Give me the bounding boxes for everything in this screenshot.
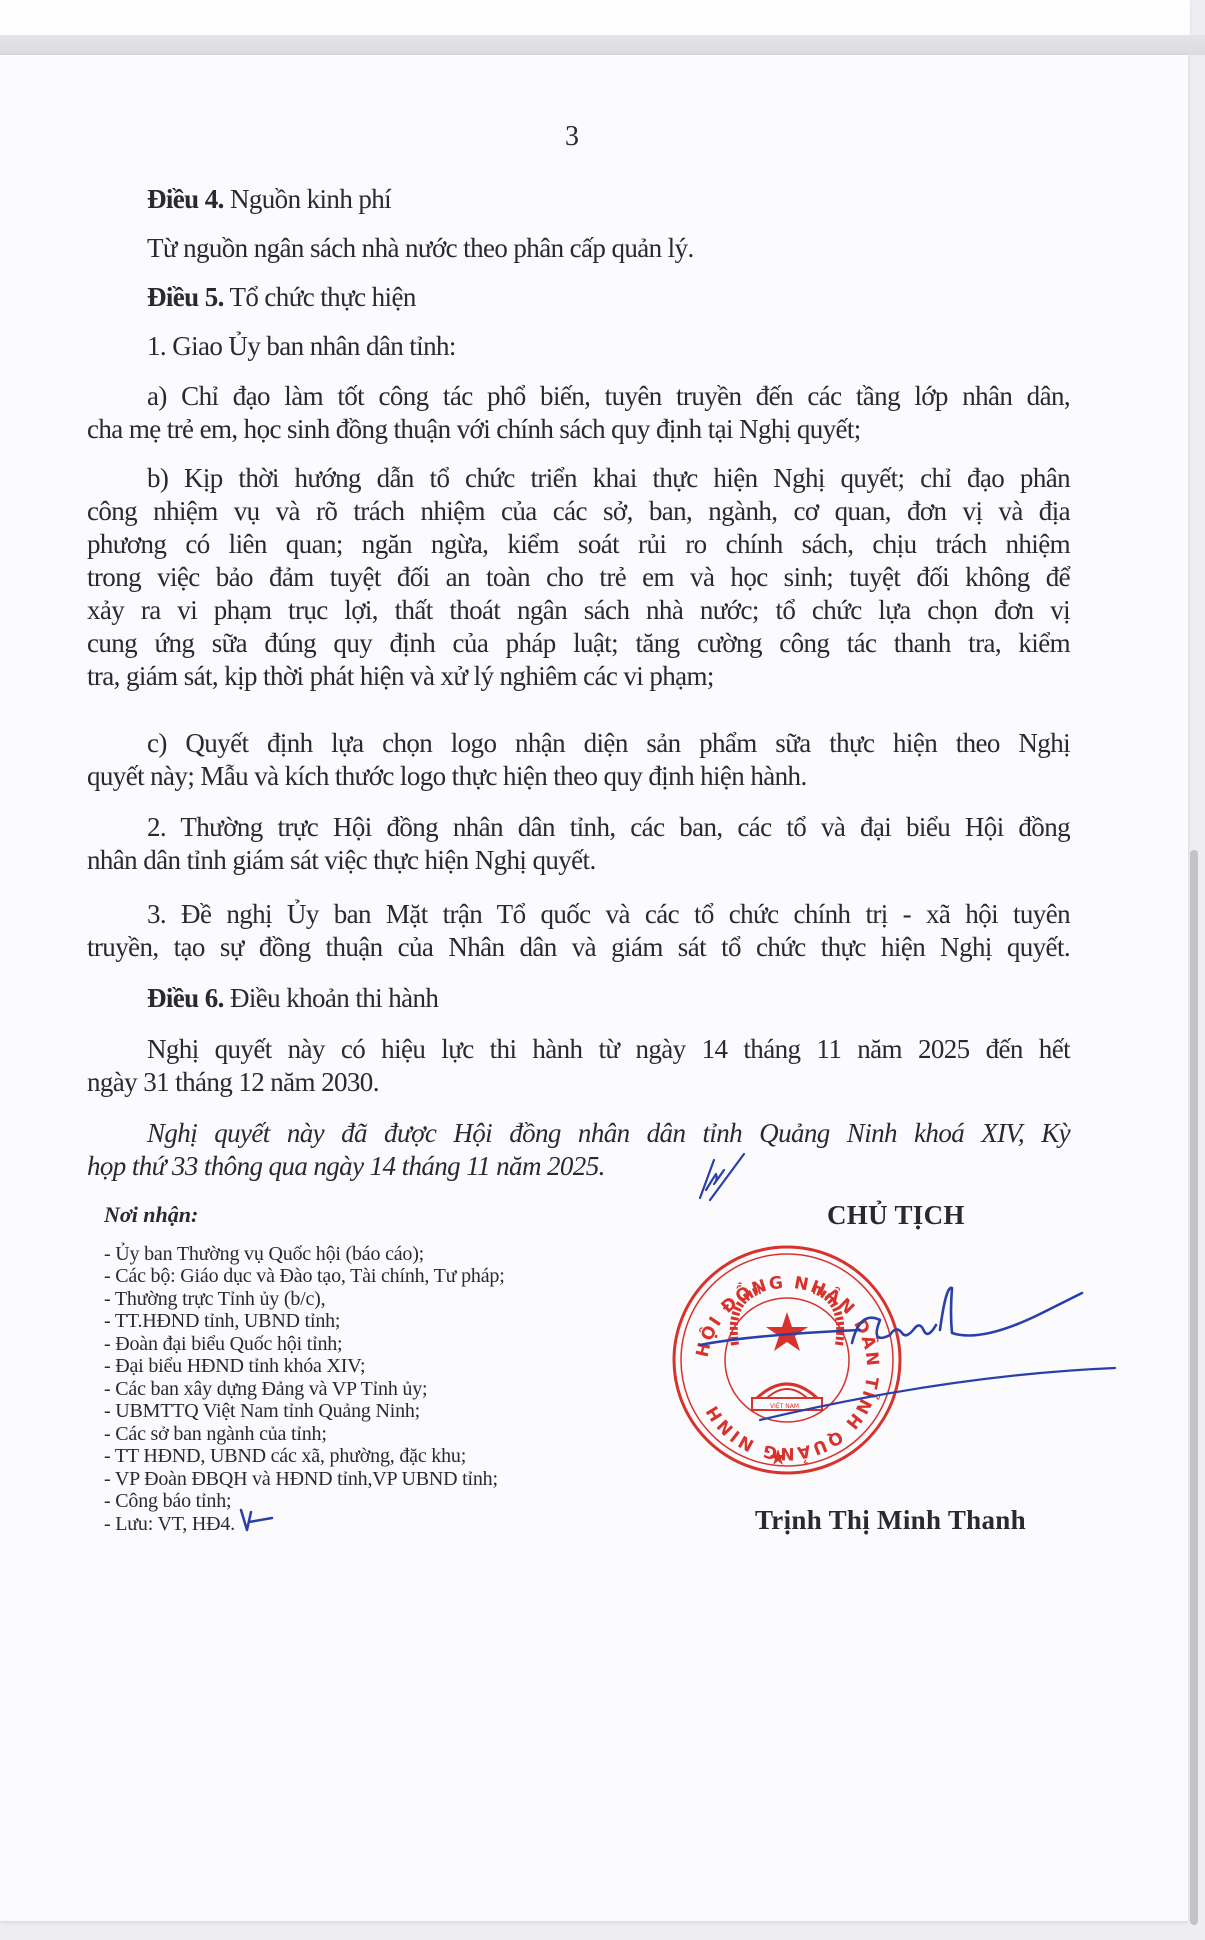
- page-gap: [0, 35, 1205, 55]
- recipient-item: - Các sở ban ngành của tỉnh;: [104, 1423, 327, 1445]
- item-b-line: công nhiệm vụ và rõ trách nhiệm của các …: [87, 495, 1070, 528]
- recipient-item: - TT.HĐND tỉnh, UBND tỉnh;: [104, 1310, 340, 1332]
- article-6-body-line: Nghị quyết này có hiệu lực thi hành từ n…: [147, 1033, 1070, 1066]
- recipient-item: - Lưu: VT, HĐ4.: [104, 1513, 235, 1535]
- item-c-line: quyết này; Mẫu và kích thước logo thực h…: [87, 760, 807, 793]
- item-a-line: cha mẹ trẻ em, học sinh đồng thuận với c…: [87, 413, 861, 446]
- recipient-item: - Các bộ: Giáo dục và Đào tạo, Tài chính…: [104, 1265, 505, 1287]
- article-4-title: Nguồn kinh phí: [230, 184, 391, 214]
- item-c-line: c) Quyết định lựa chọn logo nhận diện sả…: [147, 727, 1070, 760]
- item-b-line: phương có liên quan; ngăn ngừa, kiểm soá…: [87, 528, 1070, 561]
- item-2-line: 2. Thường trực Hội đồng nhân dân tỉnh, c…: [147, 811, 1070, 844]
- recipient-item: - UBMTTQ Việt Nam tỉnh Quảng Ninh;: [104, 1400, 420, 1422]
- item-b-line: cung ứng sữa đúng quy định của pháp luật…: [87, 627, 1070, 660]
- article-6-title: Điều khoản thi hành: [230, 983, 438, 1013]
- adoption-line: họp thứ 33 thông qua ngày 14 tháng 11 nă…: [87, 1150, 605, 1183]
- recipient-item: - Công báo tỉnh;: [104, 1490, 231, 1512]
- item-b-line: xảy ra vi phạm trục lợi, thất thoát ngân…: [87, 594, 1070, 627]
- signer-title: CHỦ TỊCH: [827, 1200, 965, 1231]
- item-3-line: 3. Đề nghị Ủy ban Mặt trận Tổ quốc và cá…: [147, 898, 1070, 931]
- previous-page-edge: [0, 0, 1190, 35]
- recipients-heading: Nơi nhận:: [104, 1202, 198, 1228]
- article-4-heading: Điều 4. Nguồn kinh phí: [147, 183, 391, 216]
- article-6-heading: Điều 6. Điều khoản thi hành: [147, 982, 438, 1015]
- recipient-item: - Ủy ban Thường vụ Quốc hội (báo cáo);: [104, 1243, 424, 1265]
- recipient-item: - Các ban xây dựng Đảng và VP Tỉnh ủy;: [104, 1378, 427, 1400]
- item-a-line: a) Chỉ đạo làm tốt công tác phổ biến, tu…: [147, 380, 1070, 413]
- article-4-label: Điều 4.: [147, 184, 224, 214]
- article-4-body: Từ nguồn ngân sách nhà nước theo phân cấ…: [147, 232, 694, 265]
- item-2-line: nhân dân tỉnh giám sát việc thực hiện Ng…: [87, 844, 596, 877]
- article-5-label: Điều 5.: [147, 282, 224, 312]
- article-6-label: Điều 6.: [147, 983, 224, 1013]
- recipient-item: - Đại biểu HĐND tỉnh khóa XIV;: [104, 1355, 365, 1377]
- adoption-line: Nghị quyết này đã được Hội đồng nhân dân…: [147, 1117, 1070, 1150]
- recipient-item: - Đoàn đại biểu Quốc hội tỉnh;: [104, 1333, 342, 1355]
- item-b-line: tra, giám sát, kịp thời phát hiện và xử …: [87, 660, 714, 693]
- item-3-line: truyền, tạo sự đồng thuận của Nhân dân v…: [87, 931, 1070, 964]
- article-5-heading: Điều 5. Tổ chức thực hiện: [147, 281, 416, 314]
- article-5-item-1: 1. Giao Ủy ban nhân dân tỉnh:: [147, 330, 456, 363]
- item-b-line: b) Kịp thời hướng dẫn tổ chức triển khai…: [147, 462, 1070, 495]
- recipient-item: - VP Đoàn ĐBQH và HĐND tỉnh,VP UBND tỉnh…: [104, 1468, 498, 1490]
- signer-name: Trịnh Thị Minh Thanh: [755, 1505, 1026, 1536]
- recipient-item: - TT HĐND, UBND các xã, phường, đặc khu;: [104, 1445, 466, 1467]
- page-number: 3: [565, 120, 578, 153]
- scrollbar-thumb[interactable]: [1190, 850, 1198, 1925]
- article-5-title: Tổ chức thực hiện: [229, 282, 415, 312]
- recipient-item: - Thường trực Tỉnh ủy (b/c),: [104, 1288, 325, 1310]
- item-b-line: trong việc bảo đảm tuyệt đối an toàn cho…: [87, 561, 1070, 594]
- article-6-body-line: ngày 31 tháng 12 năm 2030.: [87, 1066, 379, 1099]
